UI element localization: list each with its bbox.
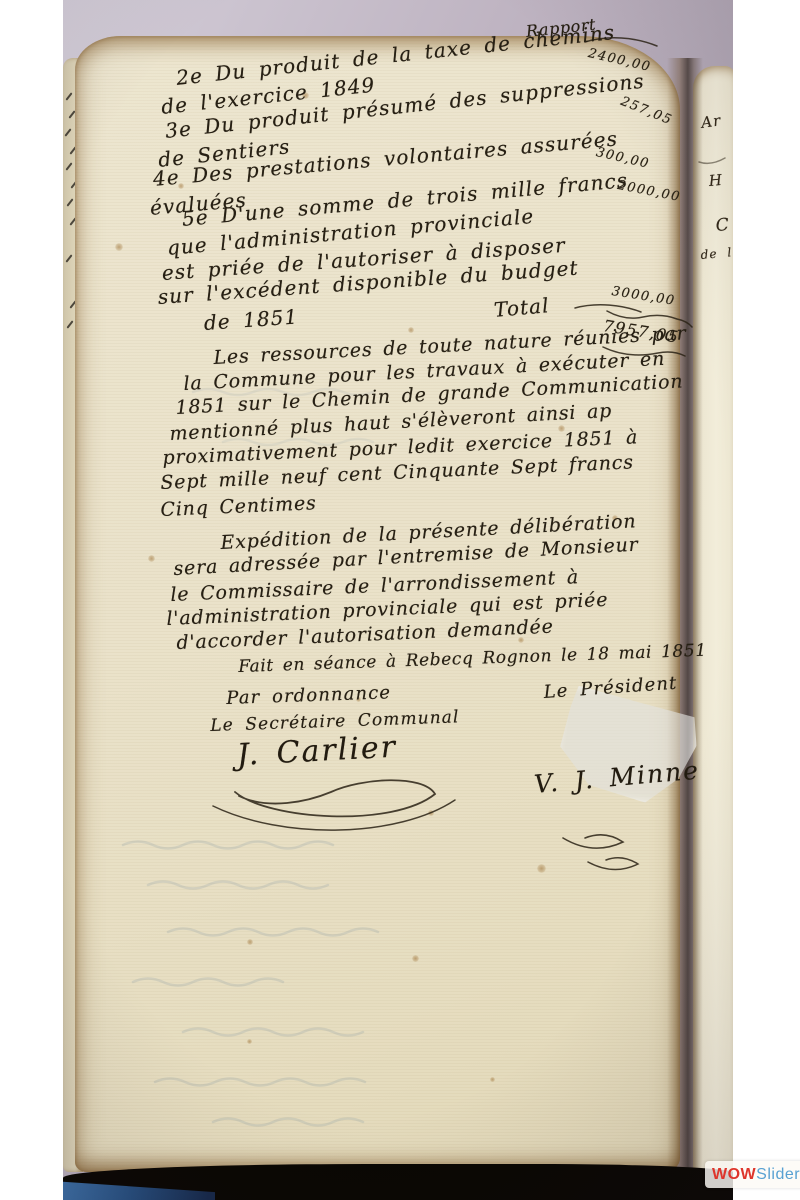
facing-page-fragment: C	[715, 215, 731, 236]
president-signature: V. J. Minne	[533, 756, 701, 799]
total-label: Total	[493, 293, 551, 322]
wowslider-watermark[interactable]: WOWSlider	[705, 1161, 800, 1188]
secretary-signature: J. Carlier	[236, 730, 398, 773]
facing-page-fragment: Ar	[700, 111, 723, 132]
manuscript-photo: Rapport 2400,00 2e Du produit de la taxe…	[63, 0, 733, 1200]
year-line: de 1851	[203, 304, 299, 335]
manuscript-text-layer: Rapport 2400,00 2e Du produit de la taxe…	[63, 0, 733, 1200]
president-title: Le Président	[543, 673, 678, 703]
watermark-brand: WOW	[712, 1166, 756, 1184]
facing-page-fragment: de l	[700, 245, 733, 262]
amount-line: 257,05	[618, 94, 674, 128]
watermark-product: Slider	[756, 1166, 800, 1184]
facing-page-fragment: H	[708, 171, 724, 190]
secretary-title: Le Secrétaire Communal	[210, 707, 460, 736]
by-order-line: Par ordonnance	[226, 682, 391, 709]
manuscript-line: Cinq Centimes	[160, 492, 317, 521]
amount-carry: 3000,00	[611, 284, 677, 309]
